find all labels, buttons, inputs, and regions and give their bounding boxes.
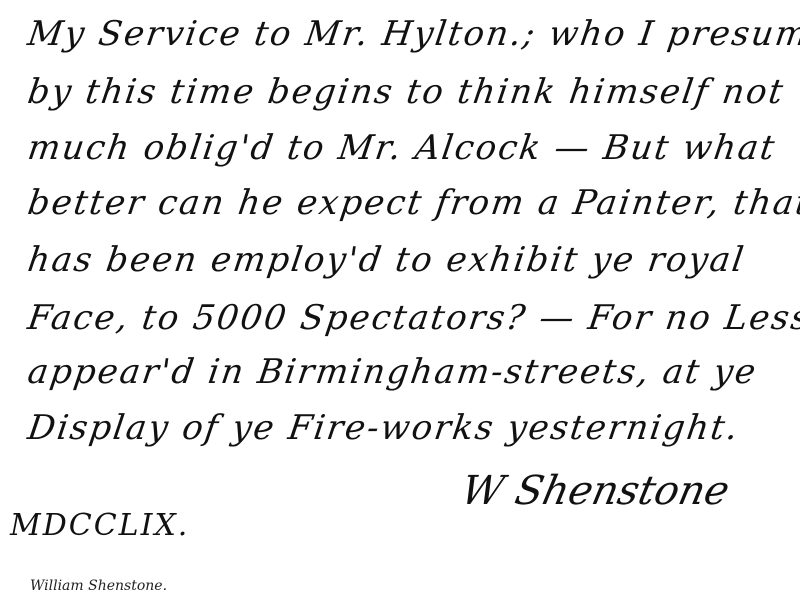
letter-line: much oblig'd to Mr. Alcock — But what	[25, 128, 779, 168]
date-roman-numerals: MDCCLIX.	[10, 508, 189, 543]
letter-line: Display of ye Fire-works yesternight.	[25, 408, 742, 448]
letter-page: My Service to Mr. Hylton.; who I presume…	[0, 0, 800, 605]
signature: W Shenstone	[457, 468, 733, 514]
letter-line: appear'd in Birmingham-streets, at ye	[25, 352, 760, 392]
caption: William Shenstone.	[30, 578, 167, 594]
letter-line: by this time begins to think himself not	[25, 72, 787, 112]
letter-line: better can he expect from a Painter, tha…	[25, 183, 800, 223]
letter-line: My Service to Mr. Hylton.; who I presume	[25, 14, 800, 54]
letter-line: has been employ'd to exhibit ye royal	[25, 240, 748, 280]
letter-line: Face, to 5000 Spectators? — For no Less	[25, 298, 800, 338]
